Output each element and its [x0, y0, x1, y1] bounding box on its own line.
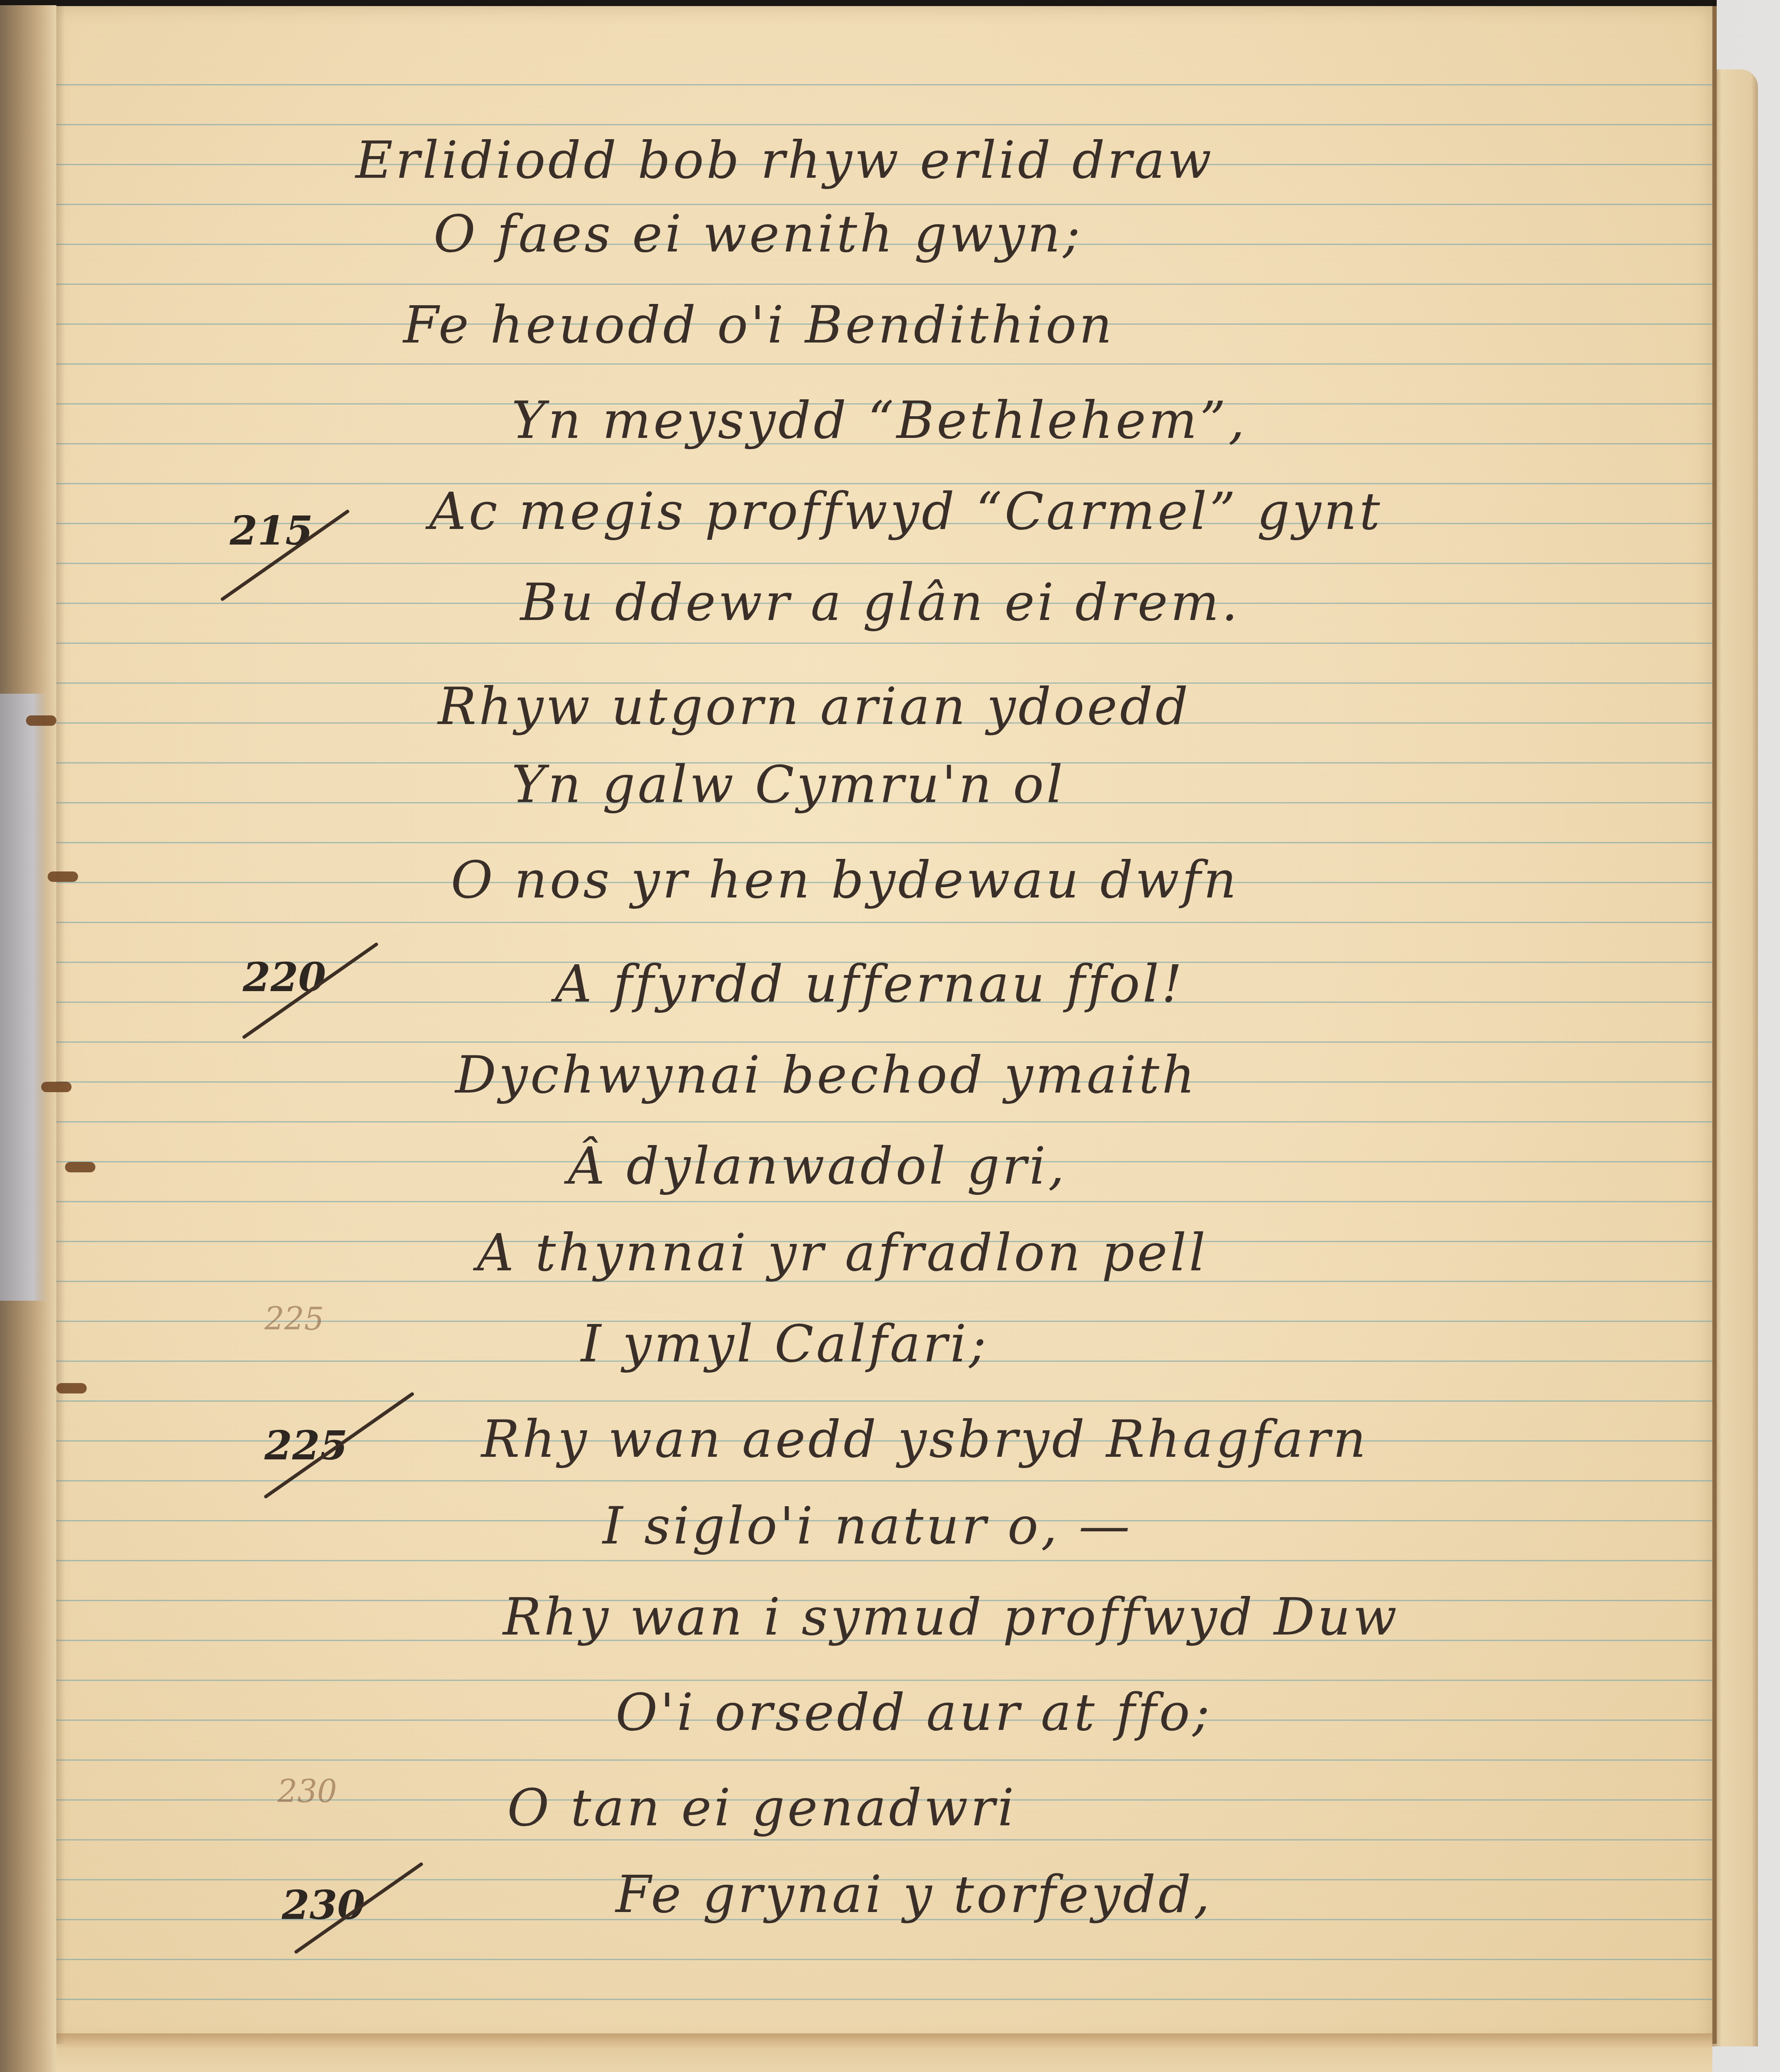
- poem-line: Ac megis proffwyd “Carmel” gynt: [429, 481, 1382, 541]
- poem-line: A thynnai yr afradlon pell: [477, 1223, 1208, 1282]
- poem-line: Yn meysydd “Bethlehem”,: [512, 390, 1247, 450]
- ruled-line: [52, 284, 1712, 285]
- ruled-line: [52, 84, 1712, 85]
- stitch-hole: [41, 1082, 72, 1092]
- ruled-line: [52, 1480, 1712, 1481]
- poem-line: Fe grynai y torfeydd,: [616, 1864, 1213, 1924]
- poem-line: A ffyrdd uffernau ffol!: [555, 954, 1185, 1014]
- binding-gap: [0, 694, 48, 1301]
- faint-margin-number: 230: [277, 1773, 337, 1810]
- stitch-hole: [26, 715, 56, 726]
- ruled-line: [52, 563, 1712, 564]
- page-bottom-edge: [52, 2033, 1712, 2072]
- ruled-line: [52, 1121, 1712, 1122]
- poem-line: Yn galw Cymru'n ol: [512, 754, 1066, 814]
- ruled-line: [52, 1999, 1712, 2000]
- poem-line: O'i orsedd aur at ffo;: [616, 1682, 1213, 1742]
- poem-line: Bu ddewr a glân ei drem.: [520, 572, 1240, 632]
- ruled-line: [52, 1759, 1712, 1761]
- ruled-line: [52, 1680, 1712, 1681]
- margin-line-number: 230: [282, 1882, 365, 1928]
- margin-line-number: 220: [243, 954, 326, 1001]
- margin-line-number: 215: [230, 507, 313, 554]
- poem-line: Dychwynai bechod ymaith: [455, 1045, 1197, 1105]
- poem-line: O nos yr hen bydewau dwfn: [451, 850, 1239, 910]
- underlying-page-edge: [1712, 69, 1758, 2046]
- ruled-line: [52, 922, 1712, 923]
- poem-line: Â dylanwadol gri,: [568, 1136, 1067, 1196]
- poem-line: Rhy wan aedd ysbryd Rhagfarn: [481, 1409, 1369, 1469]
- poem-line: Rhyw utgorn arian ydoedd: [438, 676, 1190, 736]
- ruled-line: [52, 1560, 1712, 1561]
- faint-margin-number: 225: [264, 1301, 324, 1337]
- stitch-hole: [56, 1383, 87, 1393]
- poem-line: O tan ei genadwri: [507, 1778, 1017, 1837]
- poem-line: O faes ei wenith gwyn;: [434, 204, 1083, 264]
- ruled-line: [52, 124, 1712, 125]
- poem-line: I ymyl Calfari;: [581, 1314, 989, 1374]
- stitch-hole: [65, 1162, 95, 1172]
- poem-line: Rhy wan i symud proffwyd Duw: [503, 1587, 1399, 1647]
- stitch-hole: [48, 871, 78, 882]
- poem-line: Erlidiodd bob rhyw erlid draw: [355, 130, 1214, 190]
- ruled-line: [52, 363, 1712, 365]
- ruled-line: [52, 1041, 1712, 1043]
- ruled-line: [52, 842, 1712, 843]
- ruled-line: [52, 1400, 1712, 1402]
- ruled-line: [52, 1839, 1712, 1840]
- ruled-line: [52, 1201, 1712, 1202]
- poem-line: Fe heuodd o'i Bendithion: [403, 295, 1115, 355]
- ruled-line: [52, 1959, 1712, 1960]
- poem-line: I siglo'i natur o, —: [603, 1496, 1132, 1556]
- ruled-line: [52, 643, 1712, 644]
